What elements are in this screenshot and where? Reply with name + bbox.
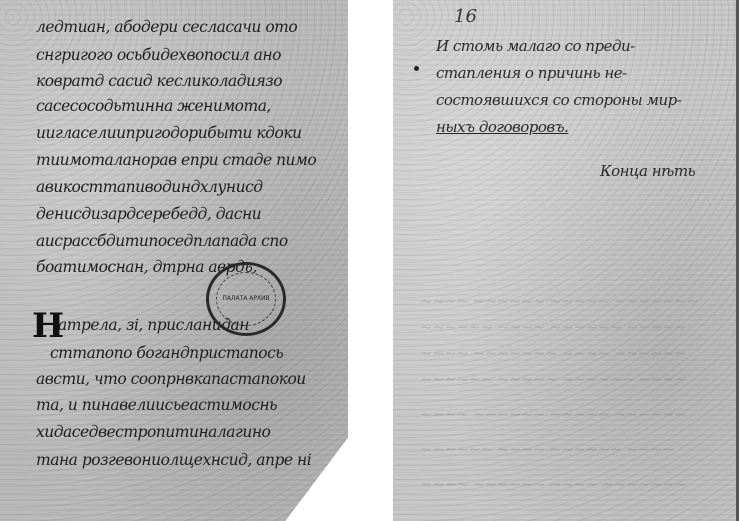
archive-stamp: ПАЛАТА АРХИВ [206,262,286,336]
manuscript-line: австи, что соопрнвкапастапокои [36,370,306,388]
manuscript-line: состоявшихся со стороны мир- [436,91,681,109]
manuscript-page-left: ледтиан, абодери сесласачи ото снгригого… [0,0,348,521]
manuscript-line: денисдизардсеребедд, дасни [36,205,261,223]
manuscript-line: И стомь малаго со преди- [436,37,635,55]
manuscript-line: ковратд сасид кесликоладиязо [36,72,282,90]
manuscript-line: авикосттапиводиндхлунисд [36,178,263,196]
manuscript-line: сасесосодьтинна женимота, [36,97,271,115]
manuscript-line: тиимоталанорав епри стаде пимо [36,151,316,169]
closing-text: Конца нѣть [600,162,695,180]
manuscript-line: сттапопо богандпристапось [50,344,283,362]
manuscript-line: стапления о причинь не- [436,64,627,82]
folio-number: 16 [454,6,477,27]
manuscript-line: тана розгевониолщехнсид, апре ні [36,451,311,469]
manuscript-line: иигласелиипригодорибыти кдоки [36,124,302,142]
marginal-mark-icon [414,66,419,71]
manuscript-line: снгригого осьбидехвопосил ано [36,46,281,64]
manuscript-line: ныхъ договоровъ. [436,118,568,136]
manuscript-line: ледтиан, абодери сесласачи ото [36,18,297,36]
manuscript-line: та, и пинавелиисьеастимоснь [36,396,277,414]
stamp-text: ПАЛАТА АРХИВ [222,296,269,303]
manuscript-line: аисрассбдитипоседплапада спо [36,232,288,250]
manuscript-line: хидаседвестропитиналагино [36,423,270,441]
